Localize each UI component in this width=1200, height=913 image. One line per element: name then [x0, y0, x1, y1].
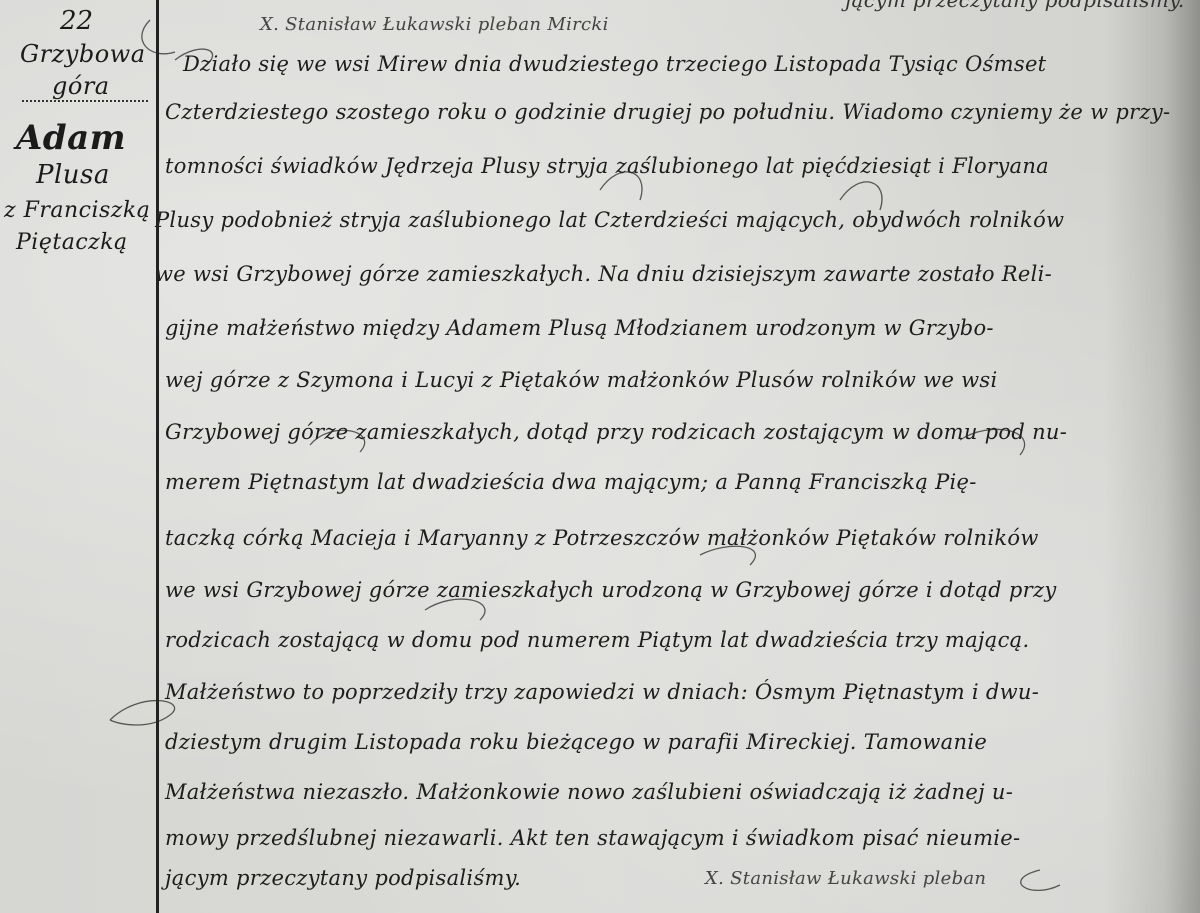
- record-line-15: Małżeństwa niezaszło. Małżonkowie nowo z…: [165, 780, 1013, 804]
- record-line-10: taczką córką Macieja i Maryanny z Potrze…: [165, 526, 1039, 550]
- village-underline: [22, 100, 148, 102]
- entry-number: 22: [60, 6, 93, 36]
- record-line-13: Małżeństwo to poprzedziły trzy zapowiedz…: [165, 680, 1039, 704]
- margin-rule-line: [156, 0, 159, 913]
- record-line-12: rodzicach zostającą w domu pod numerem P…: [165, 628, 1029, 652]
- margin-village-line2: góra: [52, 72, 110, 100]
- record-line-2: Czterdziestego szostego roku o godzinie …: [165, 100, 1170, 124]
- margin-bride-surname: Piętaczką: [16, 230, 128, 255]
- record-line-1: Działo się we wsi Mirew dnia dwudziesteg…: [183, 52, 1046, 76]
- margin-groom-first-name: Adam: [16, 118, 126, 158]
- previous-record-signature: X. Stanisław Łukawski pleban Mircki: [260, 14, 609, 35]
- record-line-7: wej górze z Szymona i Lucyi z Piętaków m…: [165, 368, 998, 392]
- record-line-17: jącym przeczytany podpisaliśmy.: [165, 866, 521, 890]
- margin-column: 22 Grzybowa góra Adam Plusa z Franciszką…: [0, 0, 156, 913]
- record-line-16: mowy przedślubnej niezawarli. Akt ten st…: [165, 826, 1020, 850]
- parish-record-page: jącym przeczytany podpisaliśmy. X. Stani…: [0, 0, 1200, 913]
- margin-groom-surname: Plusa: [36, 160, 110, 190]
- record-line-8: Grzybowej górze zamieszkałych, dotąd prz…: [165, 420, 1067, 444]
- margin-village-line1: Grzybowa: [20, 40, 146, 68]
- record-line-4: Plusy podobnież stryja zaślubionego lat …: [155, 208, 1064, 232]
- margin-bride-first-name: z Franciszką: [4, 198, 150, 223]
- record-line-3: tomności świadków Jędrzeja Plusy stryja …: [165, 154, 1049, 178]
- priest-signature: X. Stanisław Łukawski pleban: [705, 868, 986, 889]
- record-line-14: dziestym drugim Listopada roku bieżącego…: [165, 730, 987, 754]
- record-line-9: merem Piętnastym lat dwadzieścia dwa maj…: [165, 470, 977, 494]
- record-line-5: we wsi Grzybowej górze zamieszkałych. Na…: [155, 262, 1052, 286]
- previous-record-ending: jącym przeczytany podpisaliśmy.: [845, 0, 1185, 12]
- record-line-6: gijne małżeństwo między Adamem Plusą Mło…: [165, 316, 994, 340]
- record-body: jącym przeczytany podpisaliśmy. X. Stani…: [165, 0, 1195, 913]
- record-line-11: we wsi Grzybowej górze zamieszkałych uro…: [165, 578, 1057, 602]
